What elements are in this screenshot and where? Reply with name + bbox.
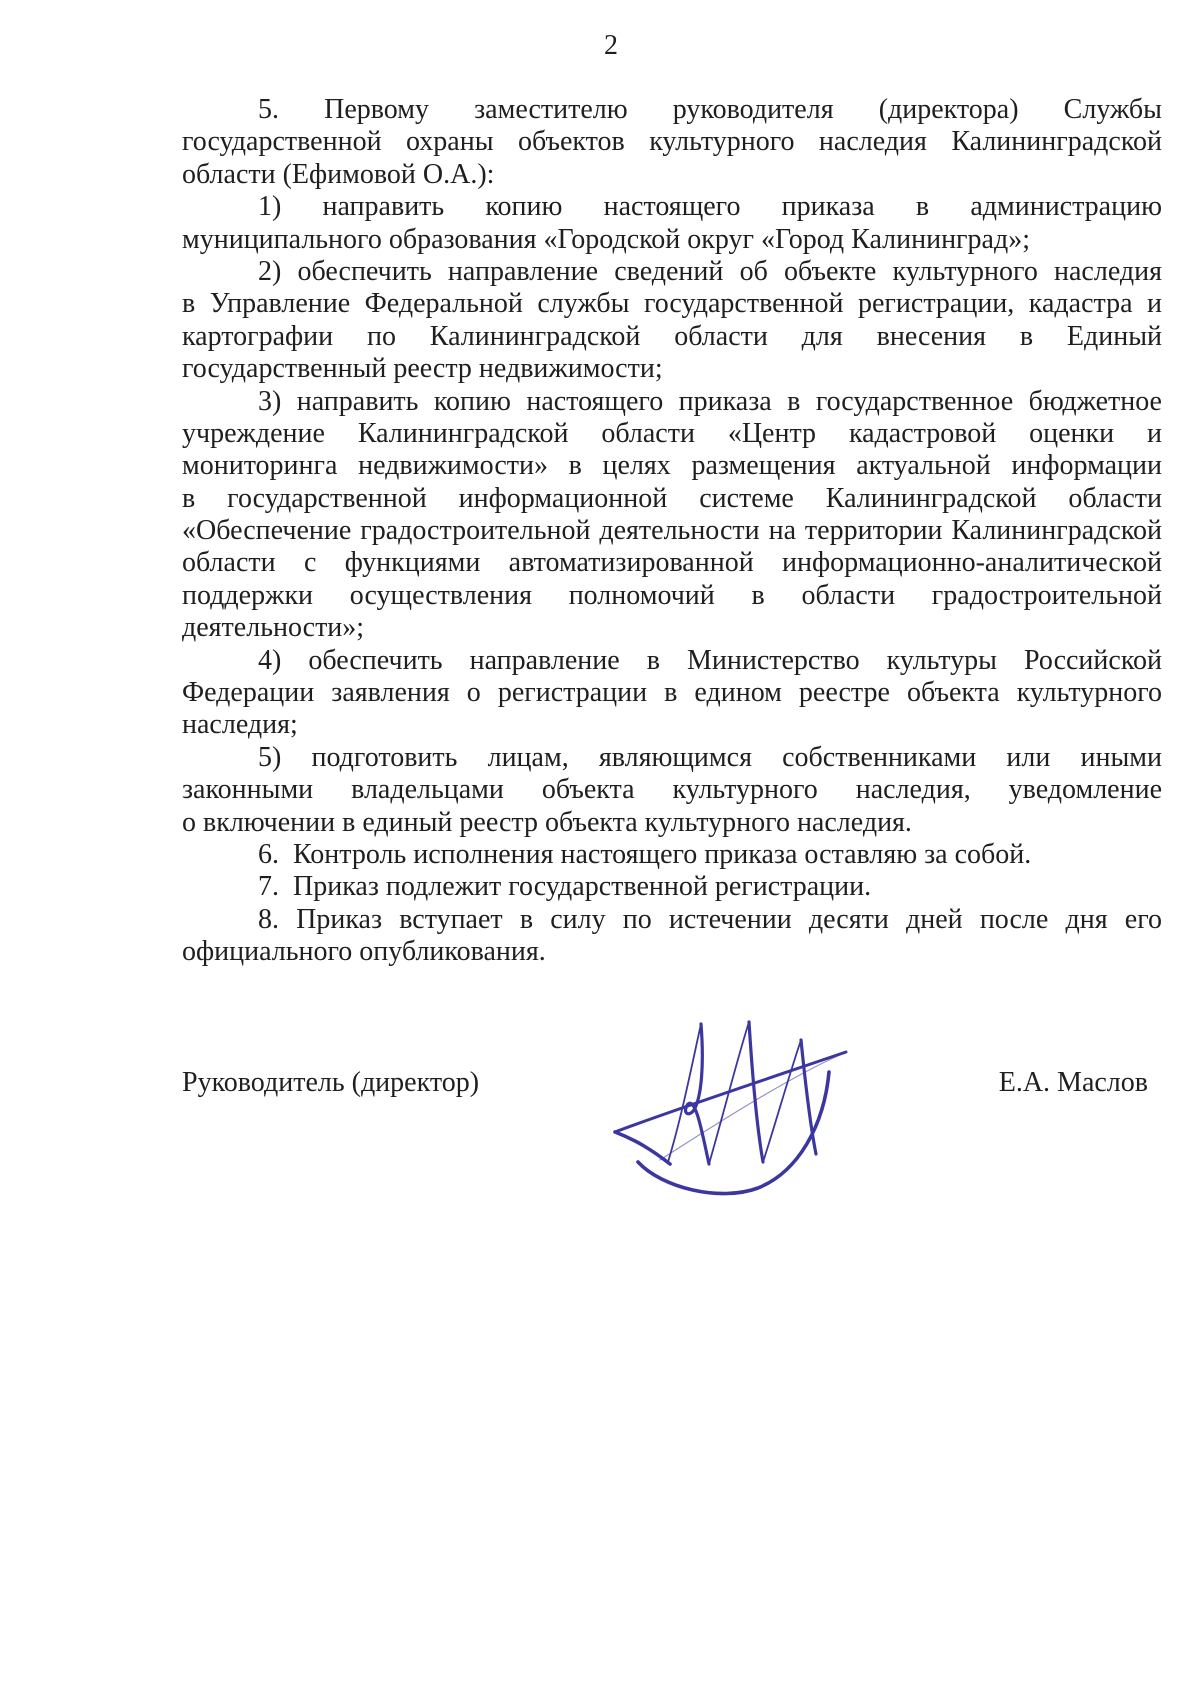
paragraph: 1) направить копию настоящего приказа в … (182, 191, 1162, 256)
paragraph: 4) обеспечить направление в Министерство… (182, 645, 1162, 742)
paragraph-line: 4) обеспечить направление в Министерство… (182, 645, 1162, 677)
paragraph-line: 5. Первому заместителю руководителя (дир… (182, 94, 1162, 126)
paragraph: 3) направить копию настоящего приказа в … (182, 386, 1162, 645)
paragraph-line: области с функциями автоматизированной и… (182, 547, 1162, 579)
paragraph-line: 8. Приказ вступает в силу по истечении д… (182, 904, 1162, 936)
paragraph-line: в Управление Федеральной службы государс… (182, 288, 1162, 320)
paragraph-line: мониторинга недвижимости» в целях размещ… (182, 450, 1162, 482)
document-page: 2 5. Первому заместителю руководителя (д… (0, 0, 1200, 1697)
signature-block: Руководитель (директор) Е.А. Маслов (182, 1066, 1162, 1100)
paragraph: 2) обеспечить направление сведений об об… (182, 256, 1162, 386)
paragraph: 8. Приказ вступает в силу по истечении д… (182, 904, 1162, 969)
paragraph-line: в государственной информационной системе… (182, 483, 1162, 515)
paragraph-line: государственной охраны объектов культурн… (182, 126, 1162, 158)
document-body: 5. Первому заместителю руководителя (дир… (182, 94, 1162, 969)
paragraph-line: области (Ефимовой О.А.): (182, 159, 1162, 191)
paragraph-line: картографии по Калининградской области д… (182, 321, 1162, 353)
signer-name: Е.А. Маслов (999, 1066, 1162, 1100)
paragraph: 7. Приказ подлежит государственной регис… (182, 871, 1162, 903)
paragraph-line: поддержки осуществления полномочий в обл… (182, 580, 1162, 612)
paragraph-line: Федерации заявления о регистрации в един… (182, 677, 1162, 709)
page-number: 2 (0, 30, 1200, 62)
paragraph-line: учреждение Калининградской области «Цент… (182, 418, 1162, 450)
paragraph-line: законными владельцами объекта культурног… (182, 774, 1162, 806)
paragraph-line: «Обеспечение градостроительной деятельно… (182, 515, 1162, 547)
paragraph-line: 2) обеспечить направление сведений об об… (182, 256, 1162, 288)
paragraph-line: 5) подготовить лицам, являющимся собстве… (182, 742, 1162, 774)
paragraph-line: муниципального образования «Городской ок… (182, 224, 1162, 256)
paragraph-line: наследия; (182, 709, 1162, 741)
paragraph-line: официального опубликования. (182, 936, 1162, 968)
paragraph-line: государственный реестр недвижимости; (182, 353, 1162, 385)
paragraph: 6. Контроль исполнения настоящего приказ… (182, 839, 1162, 871)
paragraph-line: 1) направить копию настоящего приказа в … (182, 191, 1162, 223)
paragraph-line: о включении в единый реестр объекта куль… (182, 807, 1162, 839)
paragraph-line: 7. Приказ подлежит государственной регис… (182, 871, 1162, 903)
paragraph-line: деятельности»; (182, 612, 1162, 644)
paragraph-line: 3) направить копию настоящего приказа в … (182, 386, 1162, 418)
paragraph: 5) подготовить лицам, являющимся собстве… (182, 742, 1162, 839)
paragraph: 5. Первому заместителю руководителя (дир… (182, 94, 1162, 191)
signer-position-label: Руководитель (директор) (182, 1066, 479, 1100)
paragraph-line: 6. Контроль исполнения настоящего приказ… (182, 839, 1162, 871)
signature-icon (602, 1012, 852, 1197)
